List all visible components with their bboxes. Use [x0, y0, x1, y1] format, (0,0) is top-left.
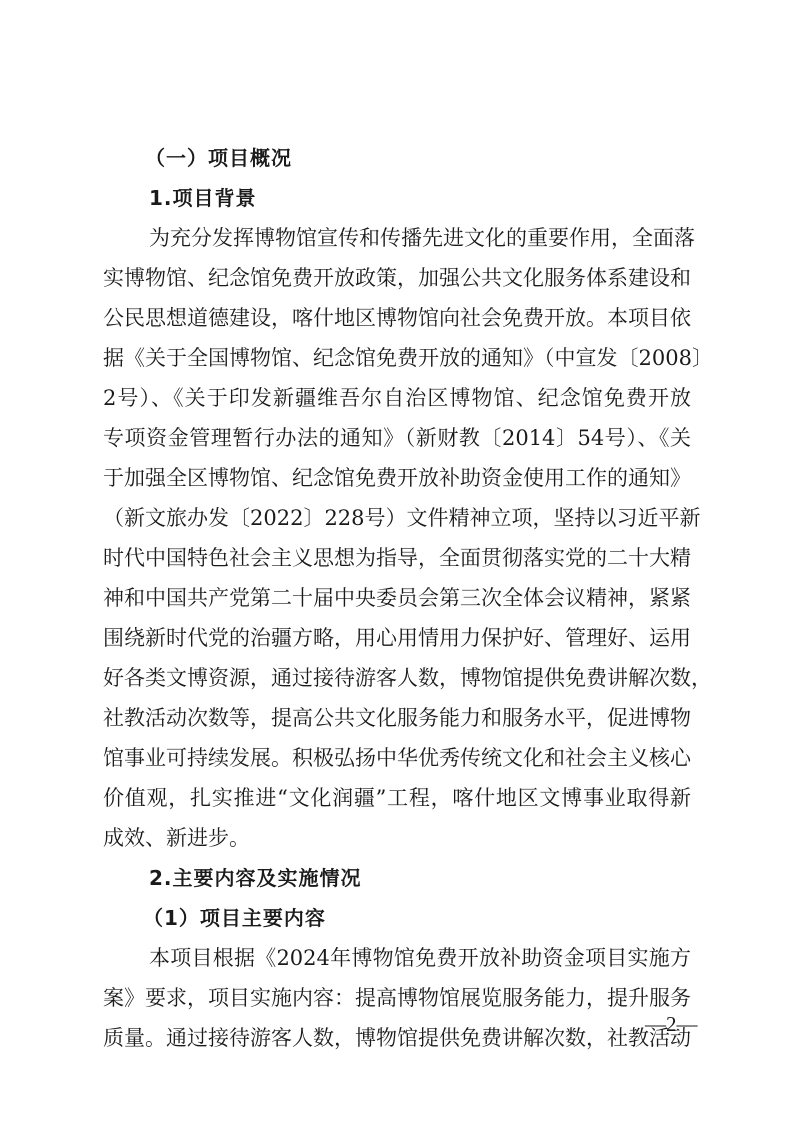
paragraph-line: 案》要求，项目实施内容：提高博物馆展览服务能力，提升服务	[103, 978, 691, 1018]
paragraph-line: 价值观，扎实推进“文化润疆”工程，喀什地区文博事业取得新	[103, 778, 691, 818]
paragraph-line: 馆事业可持续发展。积极弘扬中华优秀传统文化和社会主义核心	[103, 738, 691, 778]
paragraph-line: 社教活动次数等，提高公共文化服务能力和服务水平，促进博物	[103, 698, 691, 738]
paragraph-line: 于加强全区博物馆、纪念馆免费开放补助资金使用工作的通知》	[103, 458, 691, 498]
subsection-title-content: 2.主要内容及实施情况	[103, 858, 691, 898]
paragraph-line: 为充分发挥博物馆宣传和传播先进文化的重要作用，全面落	[103, 218, 691, 258]
document-page: （一）项目概况 1.项目背景 为充分发挥博物馆宣传和传播先进文化的重要作用，全面…	[103, 138, 691, 1058]
paragraph-line: （新文旅办发〔2022〕228号）文件精神立项，坚持以习近平新	[103, 498, 691, 538]
paragraph-line: 神和中国共产党第二十届中央委员会第三次全体会议精神，紧紧	[103, 578, 691, 618]
subsection-title-background: 1.项目背景	[103, 178, 691, 218]
paragraph-line: 质量。通过接待游客人数，博物馆提供免费讲解次数，社教活动	[103, 1018, 691, 1058]
paragraph-line: 公民思想道德建设，喀什地区博物馆向社会免费开放。本项目依	[103, 298, 691, 338]
sub-item-title: （1）项目主要内容	[103, 898, 691, 938]
section-heading: （一）项目概况	[103, 138, 691, 178]
paragraph-line: 实博物馆、纪念馆免费开放政策，加强公共文化服务体系建设和	[103, 258, 691, 298]
paragraph-line: 据《关于全国博物馆、纪念馆免费开放的通知》（中宣发〔2008〕	[103, 338, 691, 378]
paragraph-line: 成效、新进步。	[103, 818, 691, 858]
paragraph-line: 围绕新时代党的治疆方略，用心用情用力保护好、管理好、运用	[103, 618, 691, 658]
background-paragraph: 为充分发挥博物馆宣传和传播先进文化的重要作用，全面落 实博物馆、纪念馆免费开放政…	[103, 218, 691, 858]
paragraph-line: 时代中国特色社会主义思想为指导，全面贯彻落实党的二十大精	[103, 538, 691, 578]
paragraph-line: 好各类文博资源，通过接待游客人数，博物馆提供免费讲解次数，	[103, 658, 691, 698]
paragraph-line: 专项资金管理暂行办法的通知》（新财教〔2014〕54号）、《关	[103, 418, 691, 458]
page-number: —2—	[645, 1012, 698, 1037]
paragraph-line: 2号）、《关于印发新疆维吾尔自治区博物馆、纪念馆免费开放	[103, 378, 691, 418]
content-paragraph: 本项目根据《2024年博物馆免费开放补助资金项目实施方 案》要求，项目实施内容：…	[103, 938, 691, 1058]
paragraph-line: 本项目根据《2024年博物馆免费开放补助资金项目实施方	[103, 938, 691, 978]
